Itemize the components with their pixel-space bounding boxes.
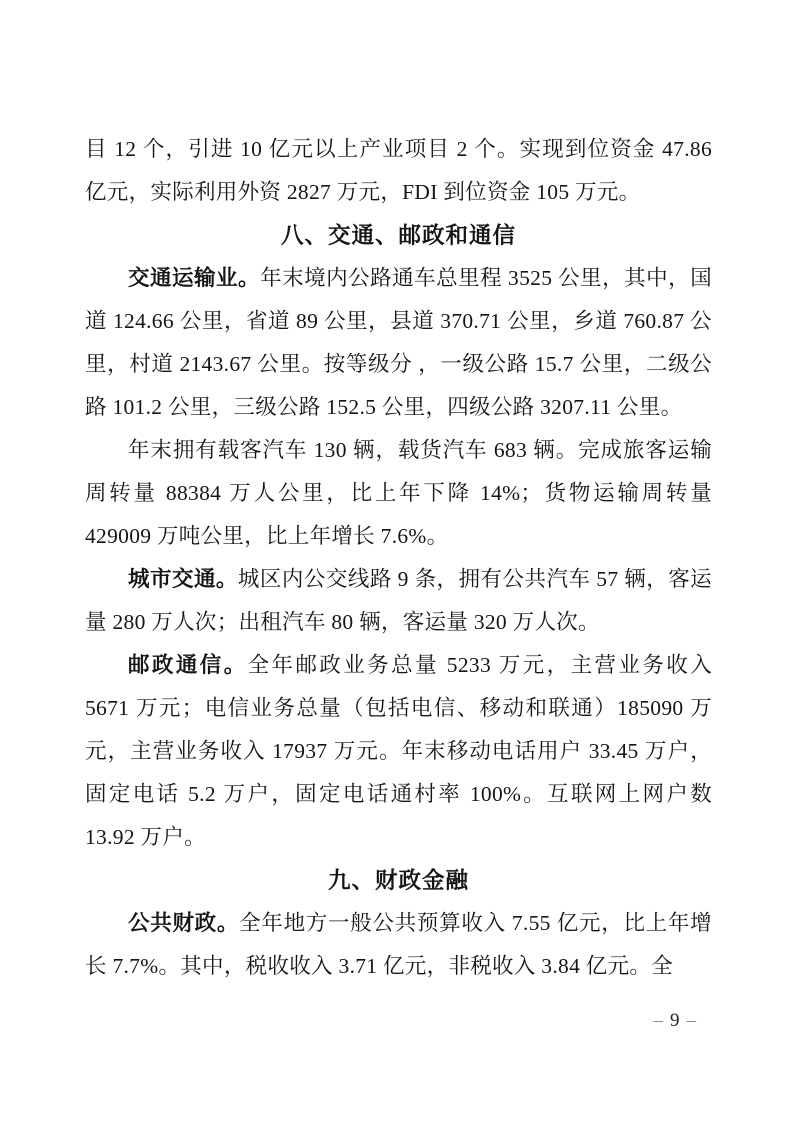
section-heading-finance: 九、财政金融 (85, 859, 712, 902)
section-heading-transport-post-telecom: 八、交通、邮政和通信 (85, 214, 712, 257)
document-page: 目 12 个，引进 10 亿元以上产业项目 2 个。实现到位资金 47.86 亿… (0, 0, 793, 1122)
paragraph-text: 全年邮政业务总量 5233 万元，主营业务收入 5671 万元；电信业务总量（包… (85, 653, 712, 849)
page-number: 9 (670, 1010, 680, 1031)
page-footer: –9– (647, 1008, 704, 1034)
paragraph-city-transit: 城市交通。城区内公交线路 9 条，拥有公共汽车 57 辆，客运量 280 万人次… (85, 558, 712, 644)
page-number-dash-right: – (680, 1010, 704, 1031)
paragraph-post-telecom: 邮政通信。全年邮政业务总量 5233 万元，主营业务收入 5671 万元；电信业… (85, 644, 712, 859)
paragraph-continuation: 目 12 个，引进 10 亿元以上产业项目 2 个。实现到位资金 47.86 亿… (85, 128, 712, 214)
paragraph-public-finance: 公共财政。全年地方一般公共预算收入 7.55 亿元，比上年增长 7.7%。其中，… (85, 902, 712, 988)
paragraph-lead: 交通运输业。 (128, 266, 260, 290)
paragraph-text: 年末拥有载客汽车 130 辆，载货汽车 683 辆。完成旅客运输周转量 8838… (85, 438, 712, 548)
paragraph-text: 目 12 个，引进 10 亿元以上产业项目 2 个。实现到位资金 47.86 亿… (85, 137, 712, 204)
paragraph-transport: 交通运输业。年末境内公路通车总里程 3525 公里，其中，国道 124.66 公… (85, 257, 712, 429)
paragraph-vehicles: 年末拥有载客汽车 130 辆，载货汽车 683 辆。完成旅客运输周转量 8838… (85, 429, 712, 558)
page-body: 目 12 个，引进 10 亿元以上产业项目 2 个。实现到位资金 47.86 亿… (85, 128, 712, 988)
page-number-dash-left: – (647, 1010, 671, 1031)
paragraph-lead: 公共财政。 (128, 911, 239, 935)
paragraph-lead: 城市交通。 (128, 567, 238, 591)
paragraph-lead: 邮政通信。 (128, 653, 248, 677)
